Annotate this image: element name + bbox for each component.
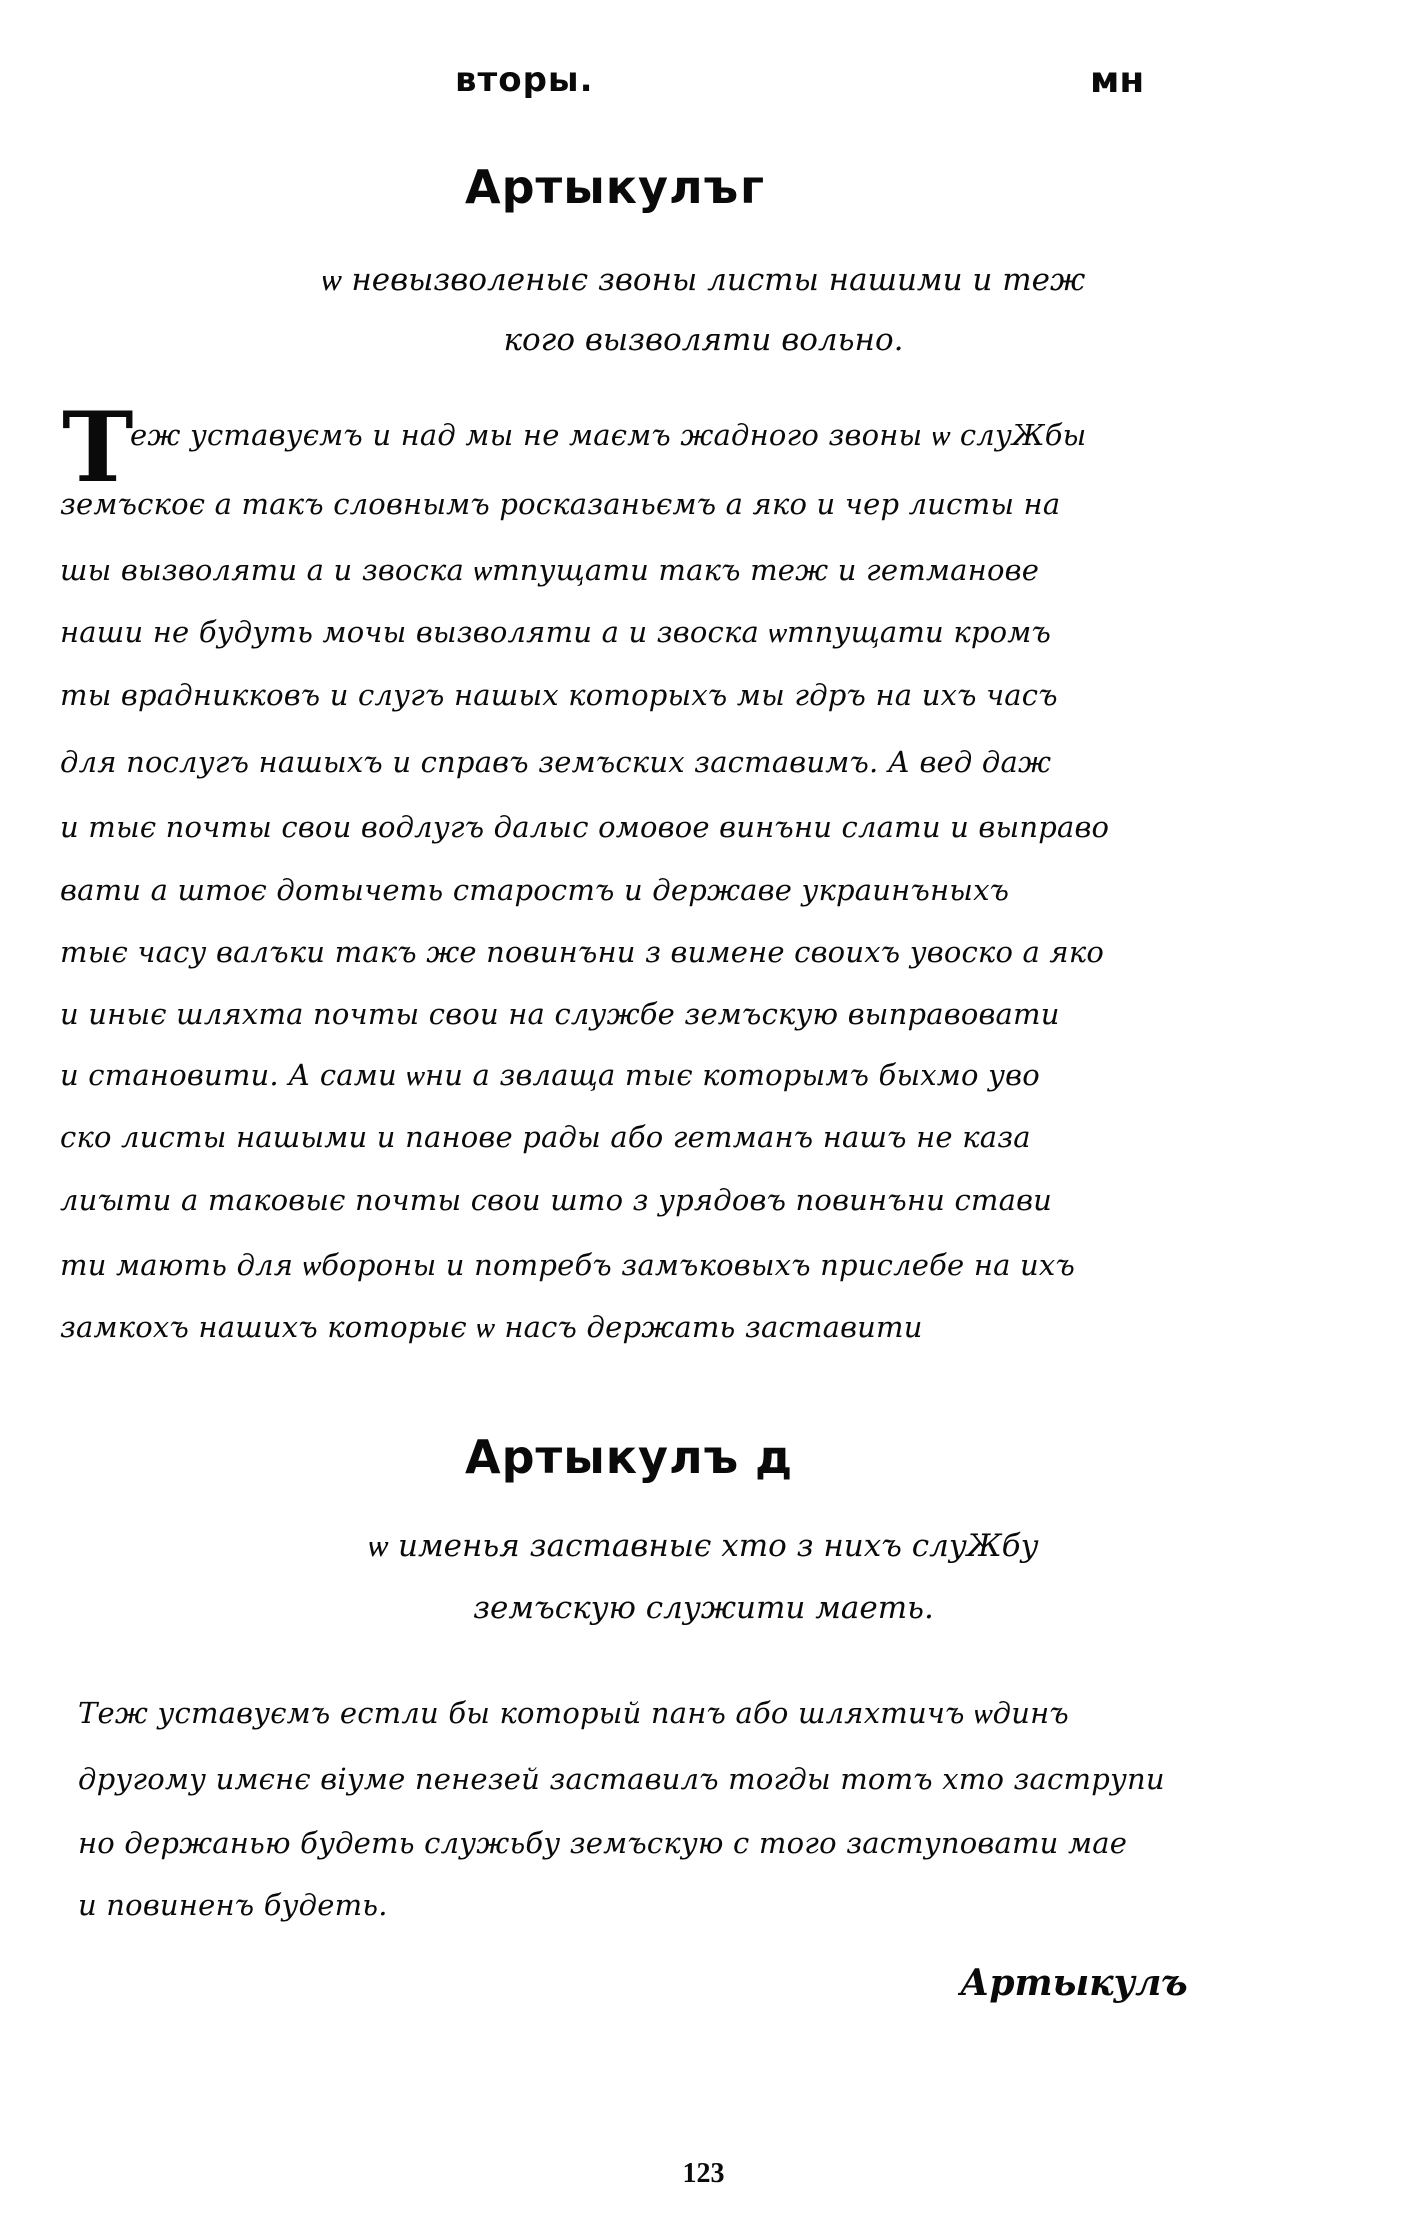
- body-line: но держанью будеть служьбу земъскую с то…: [78, 1826, 1127, 1860]
- body-line: для послугъ нашыхъ и справъ земъских зас…: [60, 745, 1051, 779]
- body-line: ско листы нашыми и панове рады або гетма…: [60, 1120, 1031, 1154]
- body-line: земъскоє а такъ словнымъ росказаньємъ а …: [60, 487, 1060, 521]
- dropcap-letter: Т: [62, 400, 133, 496]
- body-line: наши не будуть мочы вызволяти а и звоска…: [60, 615, 1051, 650]
- article-3-rubric-line: кого вызволяти вольно.: [0, 322, 1407, 358]
- body-line: и тыє почты свои водлугъ далыс омовое ви…: [60, 810, 1109, 844]
- catchword: Артыкулъ: [960, 1962, 1188, 2004]
- body-line: и становити. А сами ѡни а звлаща тыє кот…: [60, 1058, 1040, 1093]
- body-line: шы вызволяти а и звоска ѡтпущати такъ те…: [60, 553, 1039, 588]
- article-4-number: д: [755, 1430, 792, 1484]
- body-line: лиꙑти а таковыє почты свои што з урядовъ…: [60, 1183, 1052, 1217]
- body-line: Теж уставуємъ естли бы который панъ або …: [78, 1696, 1069, 1731]
- body-line: и иныє шляхта почты свои на службе земъс…: [60, 997, 1060, 1031]
- body-line: другому имєнє віуме пенезей заставилъ то…: [78, 1762, 1165, 1796]
- body-line: тыє часу валъки такъ же повинъни з вимен…: [60, 935, 1104, 969]
- folio-number: мн: [1090, 60, 1144, 101]
- body-line: вати а штоє дотычеть старостъ и державе …: [60, 873, 1009, 907]
- body-line: еж уставуємъ и над мы не маємъ жадного з…: [130, 418, 1086, 453]
- running-head: вторы.: [455, 60, 594, 100]
- article-4-rubric-line: ѡ именья заставныє хто з нихъ слуЖбу: [0, 1528, 1407, 1564]
- article-4-rubric-line: земъскую служити маеть.: [0, 1590, 1407, 1626]
- body-line: ты врадникковъ и слугъ нашых которыхъ мы…: [60, 678, 1058, 712]
- article-3-rubric-line: ѡ невызволеныє звоны листы нашими и теж: [0, 262, 1407, 298]
- article-3-title: Артыкулъ: [465, 160, 739, 214]
- body-line: замкохъ нашихъ которыє ѡ насъ держать за…: [60, 1310, 923, 1345]
- article-4-title: Артыкулъ: [465, 1430, 739, 1484]
- article-3-number: г: [740, 160, 764, 214]
- body-line: и повиненъ будеть.: [78, 1888, 388, 1922]
- page-number: 123: [0, 2158, 1407, 2190]
- body-line: ти мають для ѡбороны и потребъ замъковых…: [60, 1248, 1075, 1283]
